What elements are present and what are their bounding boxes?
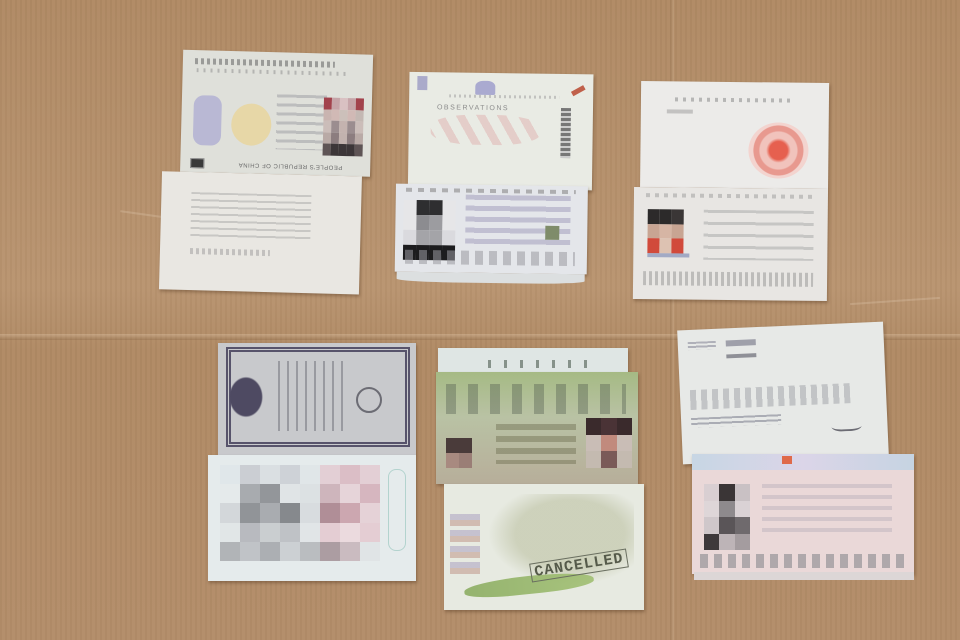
redacted-photo-small xyxy=(446,438,472,468)
chip-icon xyxy=(190,158,204,168)
data-page xyxy=(436,372,638,484)
passport-bottom-center: CANCELLED xyxy=(436,348,648,612)
redacted-photo xyxy=(586,418,632,468)
observations-page: OBSERVATIONS xyxy=(408,72,594,191)
redacted-photo xyxy=(647,209,683,253)
hologram-center xyxy=(231,103,272,146)
page-stack xyxy=(397,272,585,285)
passport-top-left: PEOPLE'S REPUBLIC OF CHINA xyxy=(159,49,375,298)
red-seal-icon xyxy=(748,122,809,179)
hologram-left xyxy=(193,95,222,146)
data-page xyxy=(692,454,914,574)
data-page: PEOPLE'S REPUBLIC OF CHINA xyxy=(180,50,373,177)
redacted-visa xyxy=(220,465,380,561)
cancelled-page: CANCELLED xyxy=(444,484,644,610)
visa-page xyxy=(208,455,416,581)
passport-bottom-right xyxy=(678,326,918,588)
observations-label: OBSERVATIONS xyxy=(437,104,509,112)
endorsement-page xyxy=(640,81,829,189)
particulars-page xyxy=(677,322,889,465)
passport-bottom-left xyxy=(208,343,420,583)
visa-watermark xyxy=(388,469,406,551)
country-label: PEOPLE'S REPUBLIC OF CHINA xyxy=(238,161,342,170)
guilloche-page xyxy=(218,343,416,455)
signature-icon xyxy=(831,419,861,432)
emblem-icon xyxy=(475,81,495,95)
guilloche-rosette xyxy=(226,373,266,421)
silhouette-pattern xyxy=(488,360,588,368)
page-stack xyxy=(694,572,914,580)
redacted-photo xyxy=(323,97,365,156)
mrz-lines xyxy=(700,554,906,568)
barcode xyxy=(560,108,571,158)
leaf-pattern xyxy=(431,114,541,146)
passport-top-right xyxy=(633,81,831,303)
redacted-photo xyxy=(704,484,750,550)
data-page xyxy=(633,187,828,301)
national-emblem-icon xyxy=(356,387,382,413)
emblem-icon xyxy=(417,76,427,90)
data-page xyxy=(395,184,588,275)
passport-top-center: OBSERVATIONS xyxy=(389,72,597,290)
pen-icon xyxy=(571,85,586,96)
observations-page xyxy=(159,171,362,294)
